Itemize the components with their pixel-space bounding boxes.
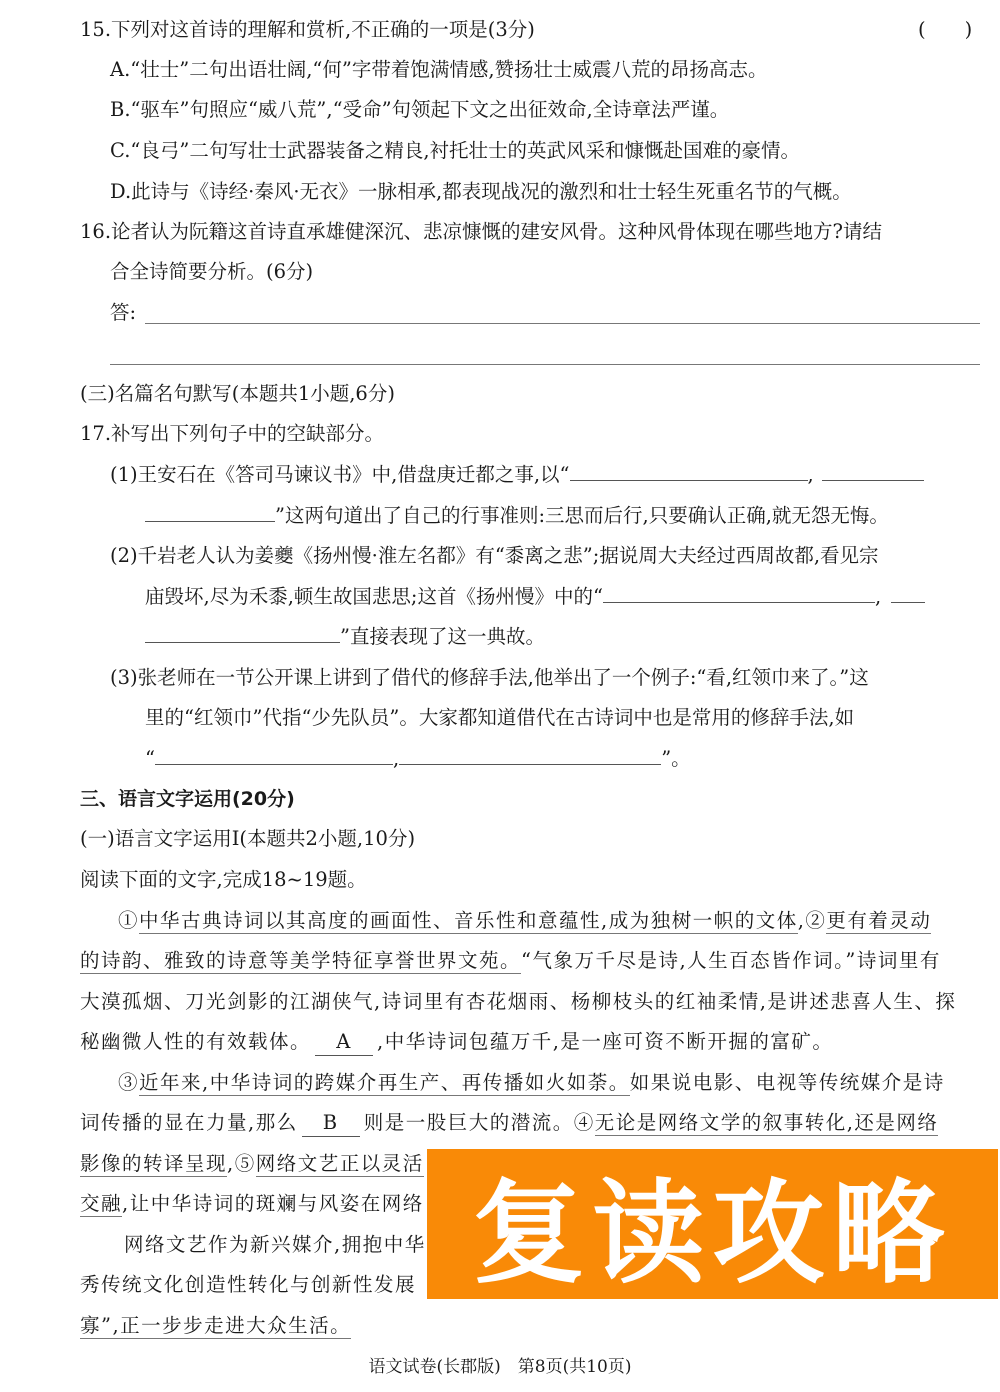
passage-text: “气象万千尽是诗,人生百态皆作词。”诗词里有 xyxy=(521,949,941,972)
marker-2: ,② xyxy=(798,909,827,932)
q17-p2-line2: 庙毁坏,尽为禾黍,顿生故国悲思;这首《扬州慢》中的“, xyxy=(145,584,925,610)
q17-p3-blank-1[interactable] xyxy=(155,746,393,765)
q17-p1-line1: (1)王安石在《答司马谏议书》中,借盘庚迁都之事,以“, xyxy=(110,462,924,488)
passage-text: ,让中华诗词的斑斓与风姿在网络 xyxy=(122,1192,424,1215)
q16-stem-line2: 合全诗简要分析。(6分) xyxy=(110,259,313,285)
page-footer: 语文试卷(长郡版) 第8页(共10页) xyxy=(0,1352,1000,1377)
sentence-2-underlined-start: 更有着灵动 xyxy=(826,909,931,934)
passage-line-2: 的诗韵、雅致的诗意等美学特征享誉世界文苑。“气象万千尽是诗,人生百态皆作词。”诗… xyxy=(80,948,941,974)
q16-answer-line-2[interactable] xyxy=(110,364,980,365)
sub-1-title: (一)语言文字运用Ⅰ(本题共2小题,10分) xyxy=(80,826,415,852)
q17-p3-close: ”。 xyxy=(661,747,690,770)
q17-p3-line1: (3)张老师在一节公开课上讲到了借代的修辞手法,他举出了一个例子:“看,红领巾来… xyxy=(110,665,869,691)
q17-p1-text-2: ”这两句道出了自己的行事准则:三思而后行,只要确认正确,就无怨无悔。 xyxy=(275,504,889,527)
passage-text: 则是一股巨大的潜流。④ xyxy=(364,1111,595,1134)
sentence-3-underlined: 近年来,中华诗词的跨媒介再生产、再传播如火如荼。 xyxy=(139,1071,630,1096)
reading-instruction: 阅读下面的文字,完成18~19题。 xyxy=(80,867,367,893)
passage-line-3: 大漠孤烟、刀光剑影的江湖侠气,诗词里有杏花烟雨、杨柳枝头的红袖柔情,是讲述悲喜人… xyxy=(80,989,956,1015)
passage-line-1: ①中华古典诗词以其高度的画面性、音乐性和意蕴性,成为独树一帜的文体,②更有着灵动 xyxy=(118,908,931,934)
passage-text: 词传播的显在力量,那么 xyxy=(80,1111,298,1134)
q17-p2-blank-2a[interactable] xyxy=(891,584,925,603)
sentence-4-underlined: 无论是网络文学的叙事转化,还是网络 xyxy=(595,1111,939,1136)
q17-p1-blank-2a[interactable] xyxy=(822,462,924,481)
passage-line-9: 网络文艺作为新兴媒介,拥抱中华 xyxy=(124,1232,426,1258)
q17-p2-line3: ”直接表现了这一典故。 xyxy=(145,624,545,650)
last-sentence-underlined: 寡”,正一步步走进大众生活。 xyxy=(80,1314,351,1339)
q17-p2-text: 庙毁坏,尽为禾黍,顿生故国悲思;这首《扬州慢》中的“ xyxy=(145,585,603,608)
sentence-1-underlined: 中华古典诗词以其高度的画面性、音乐性和意蕴性,成为独树一帜的文体 xyxy=(139,909,798,934)
blank-a[interactable]: A xyxy=(315,1029,373,1056)
marker-3: ③ xyxy=(118,1071,139,1094)
q17-p1-comma: , xyxy=(808,463,814,486)
passage-line-5: ③近年来,中华诗词的跨媒介再生产、再传播如火如荼。如果说电影、电视等传统媒介是诗 xyxy=(118,1070,945,1096)
q17-p2-line1: (2)千岩老人认为姜夔《扬州慢·淮左名都》有“黍离之悲”;据说周大夫经过西周故都… xyxy=(110,543,879,569)
q17-p2-comma: , xyxy=(875,585,881,608)
passage-line-10: 秀传统文化创造性转化与创新性发展 xyxy=(80,1272,416,1298)
sentence-5-underlined-end: 交融 xyxy=(80,1192,122,1217)
passage-line-4: 秘幽微人性的有效载体。A,中华诗词包蕴万千,是一座可资不断开掘的富矿。 xyxy=(80,1029,833,1055)
passage-text: 如果说电影、电视等传统媒介是诗 xyxy=(630,1071,945,1094)
passage-line-8: 交融,让中华诗词的斑斓与风姿在网络 xyxy=(80,1191,424,1217)
sentence-2-underlined-end: 的诗韵、雅致的诗意等美学特征享誉世界文苑。 xyxy=(80,949,521,974)
q17-p3-open-quote: “ xyxy=(145,747,155,770)
q16-answer-label: 答: xyxy=(110,300,136,326)
passage-line-7: 影像的转译呈现,⑤网络文艺正以灵活 xyxy=(80,1151,424,1177)
blank-b[interactable]: B xyxy=(302,1110,360,1137)
q17-p1-text: (1)王安石在《答司马谏议书》中,借盘庚迁都之事,以“ xyxy=(110,463,570,486)
q17-stem: 17.补写出下列句子中的空缺部分。 xyxy=(80,421,384,447)
q17-p1-blank-2b[interactable] xyxy=(145,503,275,522)
sentence-5-underlined: 网络文艺正以灵活 xyxy=(256,1152,424,1177)
q17-p3-line2: 里的“红领巾”代指“少先队员”。大家都知道借代在古诗词中也是常用的修辞手法,如 xyxy=(145,705,854,731)
q15-option-d: D.此诗与《诗经·秦风·无衣》一脉相承,都表现战况的激烈和壮士轻生死重名节的气概… xyxy=(110,179,852,205)
q16-stem-line1: 16.论者认为阮籍这首诗直承雄健深沉、悲凉慷慨的建安风骨。这种风骨体现在哪些地方… xyxy=(80,219,882,245)
q17-p3-line3: “,”。 xyxy=(145,746,691,772)
q15-stem: 15.下列对这首诗的理解和赏析,不正确的一项是(3分) xyxy=(80,17,535,43)
q17-p2-text-3: ”直接表现了这一典故。 xyxy=(340,625,545,648)
q17-p2-blank-1[interactable] xyxy=(603,584,875,603)
q17-p1-blank-1[interactable] xyxy=(570,462,808,481)
passage-line-6: 词传播的显在力量,那么B则是一股巨大的潜流。④无论是网络文学的叙事转化,还是网络 xyxy=(80,1110,938,1136)
q15-option-b: B.“驱车”句照应“威八荒”,“受命”句领起下文之出征效命,全诗章法严谨。 xyxy=(110,97,729,123)
q17-p1-line2: ”这两句道出了自己的行事准则:三思而后行,只要确认正确,就无怨无悔。 xyxy=(145,503,889,529)
passage-text: ,中华诗词包蕴万千,是一座可资不断开掘的富矿。 xyxy=(377,1030,833,1053)
q15-option-a: A.“壮士”二句出语壮阔,“何”字带着饱满情感,赞扬壮士威震八荒的昂扬高志。 xyxy=(110,57,768,83)
q15-option-c: C.“良弓”二句写壮士武器装备之精良,衬托壮士的英武风采和慷慨赴国难的豪情。 xyxy=(110,138,800,164)
passage-text: 秘幽微人性的有效载体。 xyxy=(80,1030,311,1053)
marker-5: ,⑤ xyxy=(227,1152,256,1175)
watermark-text: 复读攻略 xyxy=(473,1144,953,1305)
q17-p2-blank-2b[interactable] xyxy=(145,624,340,643)
q15-answer-bracket[interactable]: ( ) xyxy=(918,17,972,43)
watermark-banner: 复读攻略 xyxy=(427,1149,998,1299)
section-3-title: (三)名篇名句默写(本题共1小题,6分) xyxy=(80,381,395,407)
marker-1: ① xyxy=(118,909,139,932)
q17-p3-blank-2[interactable] xyxy=(399,746,661,765)
part-3-title: 三、语言文字运用(20分) xyxy=(80,786,295,812)
passage-line-11: 寡”,正一步步走进大众生活。 xyxy=(80,1313,351,1339)
q16-answer-line-1[interactable] xyxy=(145,323,980,324)
sentence-4-underlined-end: 影像的转译呈现 xyxy=(80,1152,227,1177)
